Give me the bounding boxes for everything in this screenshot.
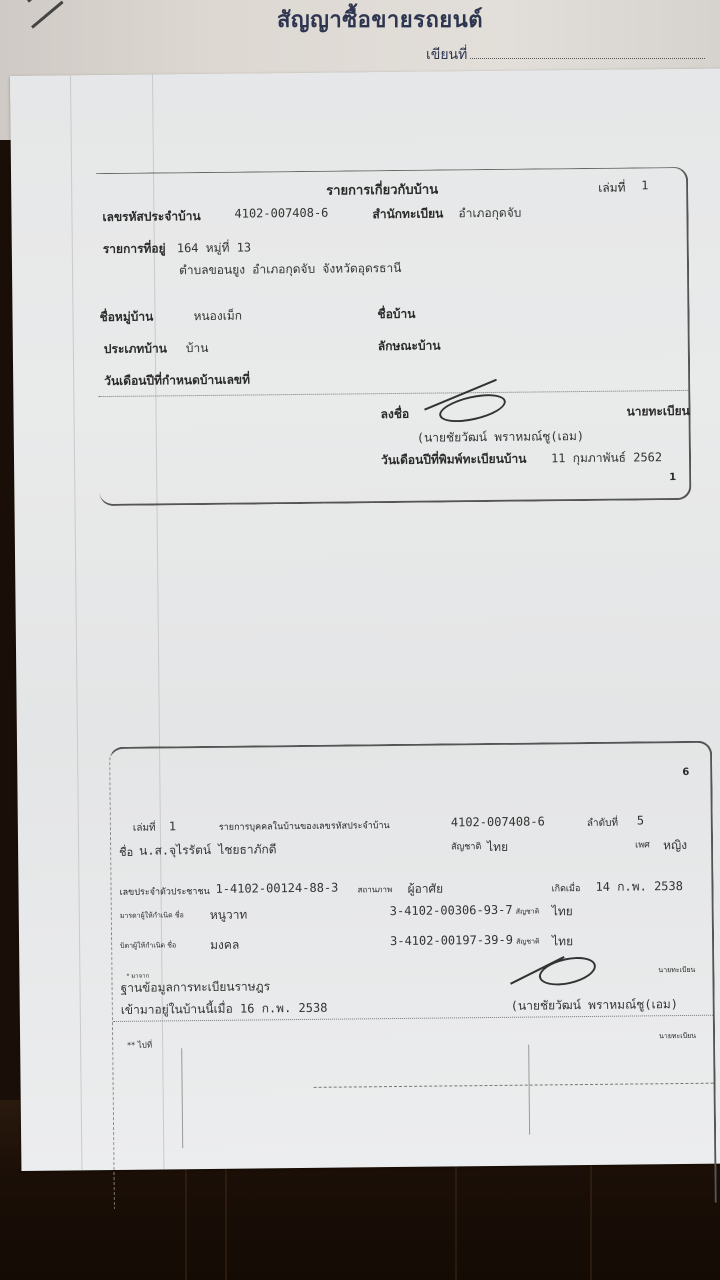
- mother-id: 3-4102-00306-93-7: [390, 903, 513, 918]
- father-nationality-label: สัญชาติ: [516, 937, 540, 948]
- house-record-heading: รายการเกี่ยวกับบ้าน: [326, 179, 438, 201]
- id-label: เลขประจำตัวประชาชน: [119, 884, 209, 899]
- father-nationality: ไทย: [552, 932, 573, 951]
- moved-to-label: ** ไปที่: [127, 1039, 152, 1052]
- house-record-card: รายการเกี่ยวกับบ้าน เล่มที่ 1 เลขรหัสประ…: [96, 167, 691, 506]
- person-record-heading: รายการบุคคลในบ้านของเลขรหัสประจำบ้าน: [219, 818, 390, 834]
- id-number: 1-4102-00124-88-3: [215, 881, 338, 896]
- source-value: ฐานข้อมูลการทะเบียนราษฎร: [120, 977, 270, 998]
- written-at-dotted-line: [470, 58, 705, 59]
- mother-nationality: ไทย: [552, 902, 573, 921]
- contract-title: สัญญาซื้อขายรถยนต์: [0, 2, 720, 37]
- signed-label: ลงชื่อ: [380, 405, 409, 424]
- registrar-title-1: นายทะเบียน: [658, 965, 695, 976]
- address-line-2: ตำบลขอนยูง อำเภอกุดจับ จังหวัดอุดรธานี: [179, 259, 402, 280]
- mother-nationality-label: สัญชาติ: [516, 907, 540, 918]
- sex-label: เพศ: [635, 837, 650, 851]
- village-name-value: หนองเม็ก: [193, 307, 242, 327]
- house-type-label: ประเภทบ้าน: [104, 339, 167, 359]
- house-registration-copy: รายการเกี่ยวกับบ้าน เล่มที่ 1 เลขรหัสประ…: [10, 69, 720, 1171]
- form-line: [528, 1045, 530, 1135]
- registrar-signature: [536, 952, 598, 990]
- print-date-label: วันเดือนปีที่พิมพ์ทะเบียนบ้าน: [381, 450, 527, 471]
- form-line: [314, 1083, 714, 1088]
- village-name-label: ชื่อหมู่บ้าน: [99, 308, 153, 328]
- mother-name: หนูวาท: [210, 906, 248, 925]
- registry-office-value: อำเภอกุดจับ: [458, 204, 521, 224]
- house-code-label: เลขรหัสประจำบ้าน: [102, 207, 200, 227]
- status-label: สถานภาพ: [357, 883, 392, 896]
- address-line-1: 164 หมู่ที่ 13: [177, 238, 252, 258]
- registrar-title-2: นายทะเบียน: [659, 1031, 696, 1042]
- book-no-label: เล่มที่: [598, 179, 625, 198]
- house-code-value: 4102-007408-6: [451, 814, 545, 829]
- order-value: 5: [637, 813, 644, 827]
- fold-line: [70, 75, 82, 1170]
- nationality-label: สัญชาติ: [451, 839, 481, 853]
- registrar-signature: [437, 389, 509, 427]
- house-character-label: ลักษณะบ้าน: [378, 337, 441, 357]
- page-number: 1: [669, 472, 676, 483]
- house-type-value: บ้าน: [186, 339, 209, 358]
- status-value: ผู้อาศัย: [407, 880, 443, 899]
- number-assigned-date-label: วันเดือนปีที่กำหนดบ้านเลขที่: [104, 371, 250, 392]
- registrar-name: (นายชัยวัฒน์ พราหมณ์ชู(เอม): [511, 995, 678, 1016]
- address-label: รายการที่อยู่: [103, 239, 166, 259]
- mother-label: มารดาผู้ให้กำเนิด ชื่อ: [120, 910, 184, 922]
- written-at-label: เขียนที่: [426, 44, 467, 66]
- book-no-value: 1: [169, 819, 176, 833]
- separator: [98, 390, 688, 397]
- form-line: [181, 1048, 183, 1148]
- person-name: น.ส.จุไรรัตน์ ไชยธาภักดี: [139, 840, 277, 860]
- sex-value: หญิง: [663, 836, 687, 855]
- registry-office-label: สำนักทะเบียน: [372, 204, 443, 224]
- print-date-value: 11 กุมภาพันธ์ 2562: [551, 448, 662, 468]
- book-no-value: 1: [641, 178, 648, 192]
- order-label: ลำดับที่: [587, 816, 618, 831]
- father-id: 3-4102-00197-39-9: [390, 933, 513, 948]
- birth-date: 14 ก.พ. 2538: [595, 877, 683, 897]
- registrar-name: (นายชัยวัฒน์ พราหมณ์ชู(เอม): [417, 427, 584, 448]
- book-no-label: เล่มที่: [133, 821, 156, 836]
- house-name-label: ชื่อบ้าน: [377, 305, 415, 324]
- moved-in-date: เข้ามาอยู่ในบ้านนี้เมื่อ 16 ก.พ. 2538: [121, 999, 328, 1020]
- house-code-value: 4102-007408-6: [234, 206, 328, 221]
- registrar-title: นายทะเบียน: [626, 402, 689, 422]
- father-label: บิดาผู้ให้กำเนิด ชื่อ: [120, 940, 176, 952]
- birth-label: เกิดเมื่อ: [551, 881, 580, 895]
- name-label: ชื่อ: [119, 843, 133, 861]
- person-record-card: 6 เล่มที่ 1 รายการบุคคลในบ้านของเลขรหัสป…: [109, 741, 717, 1209]
- nationality-value: ไทย: [487, 838, 508, 857]
- page-number: 6: [682, 767, 689, 778]
- father-name: มงคล: [210, 936, 239, 955]
